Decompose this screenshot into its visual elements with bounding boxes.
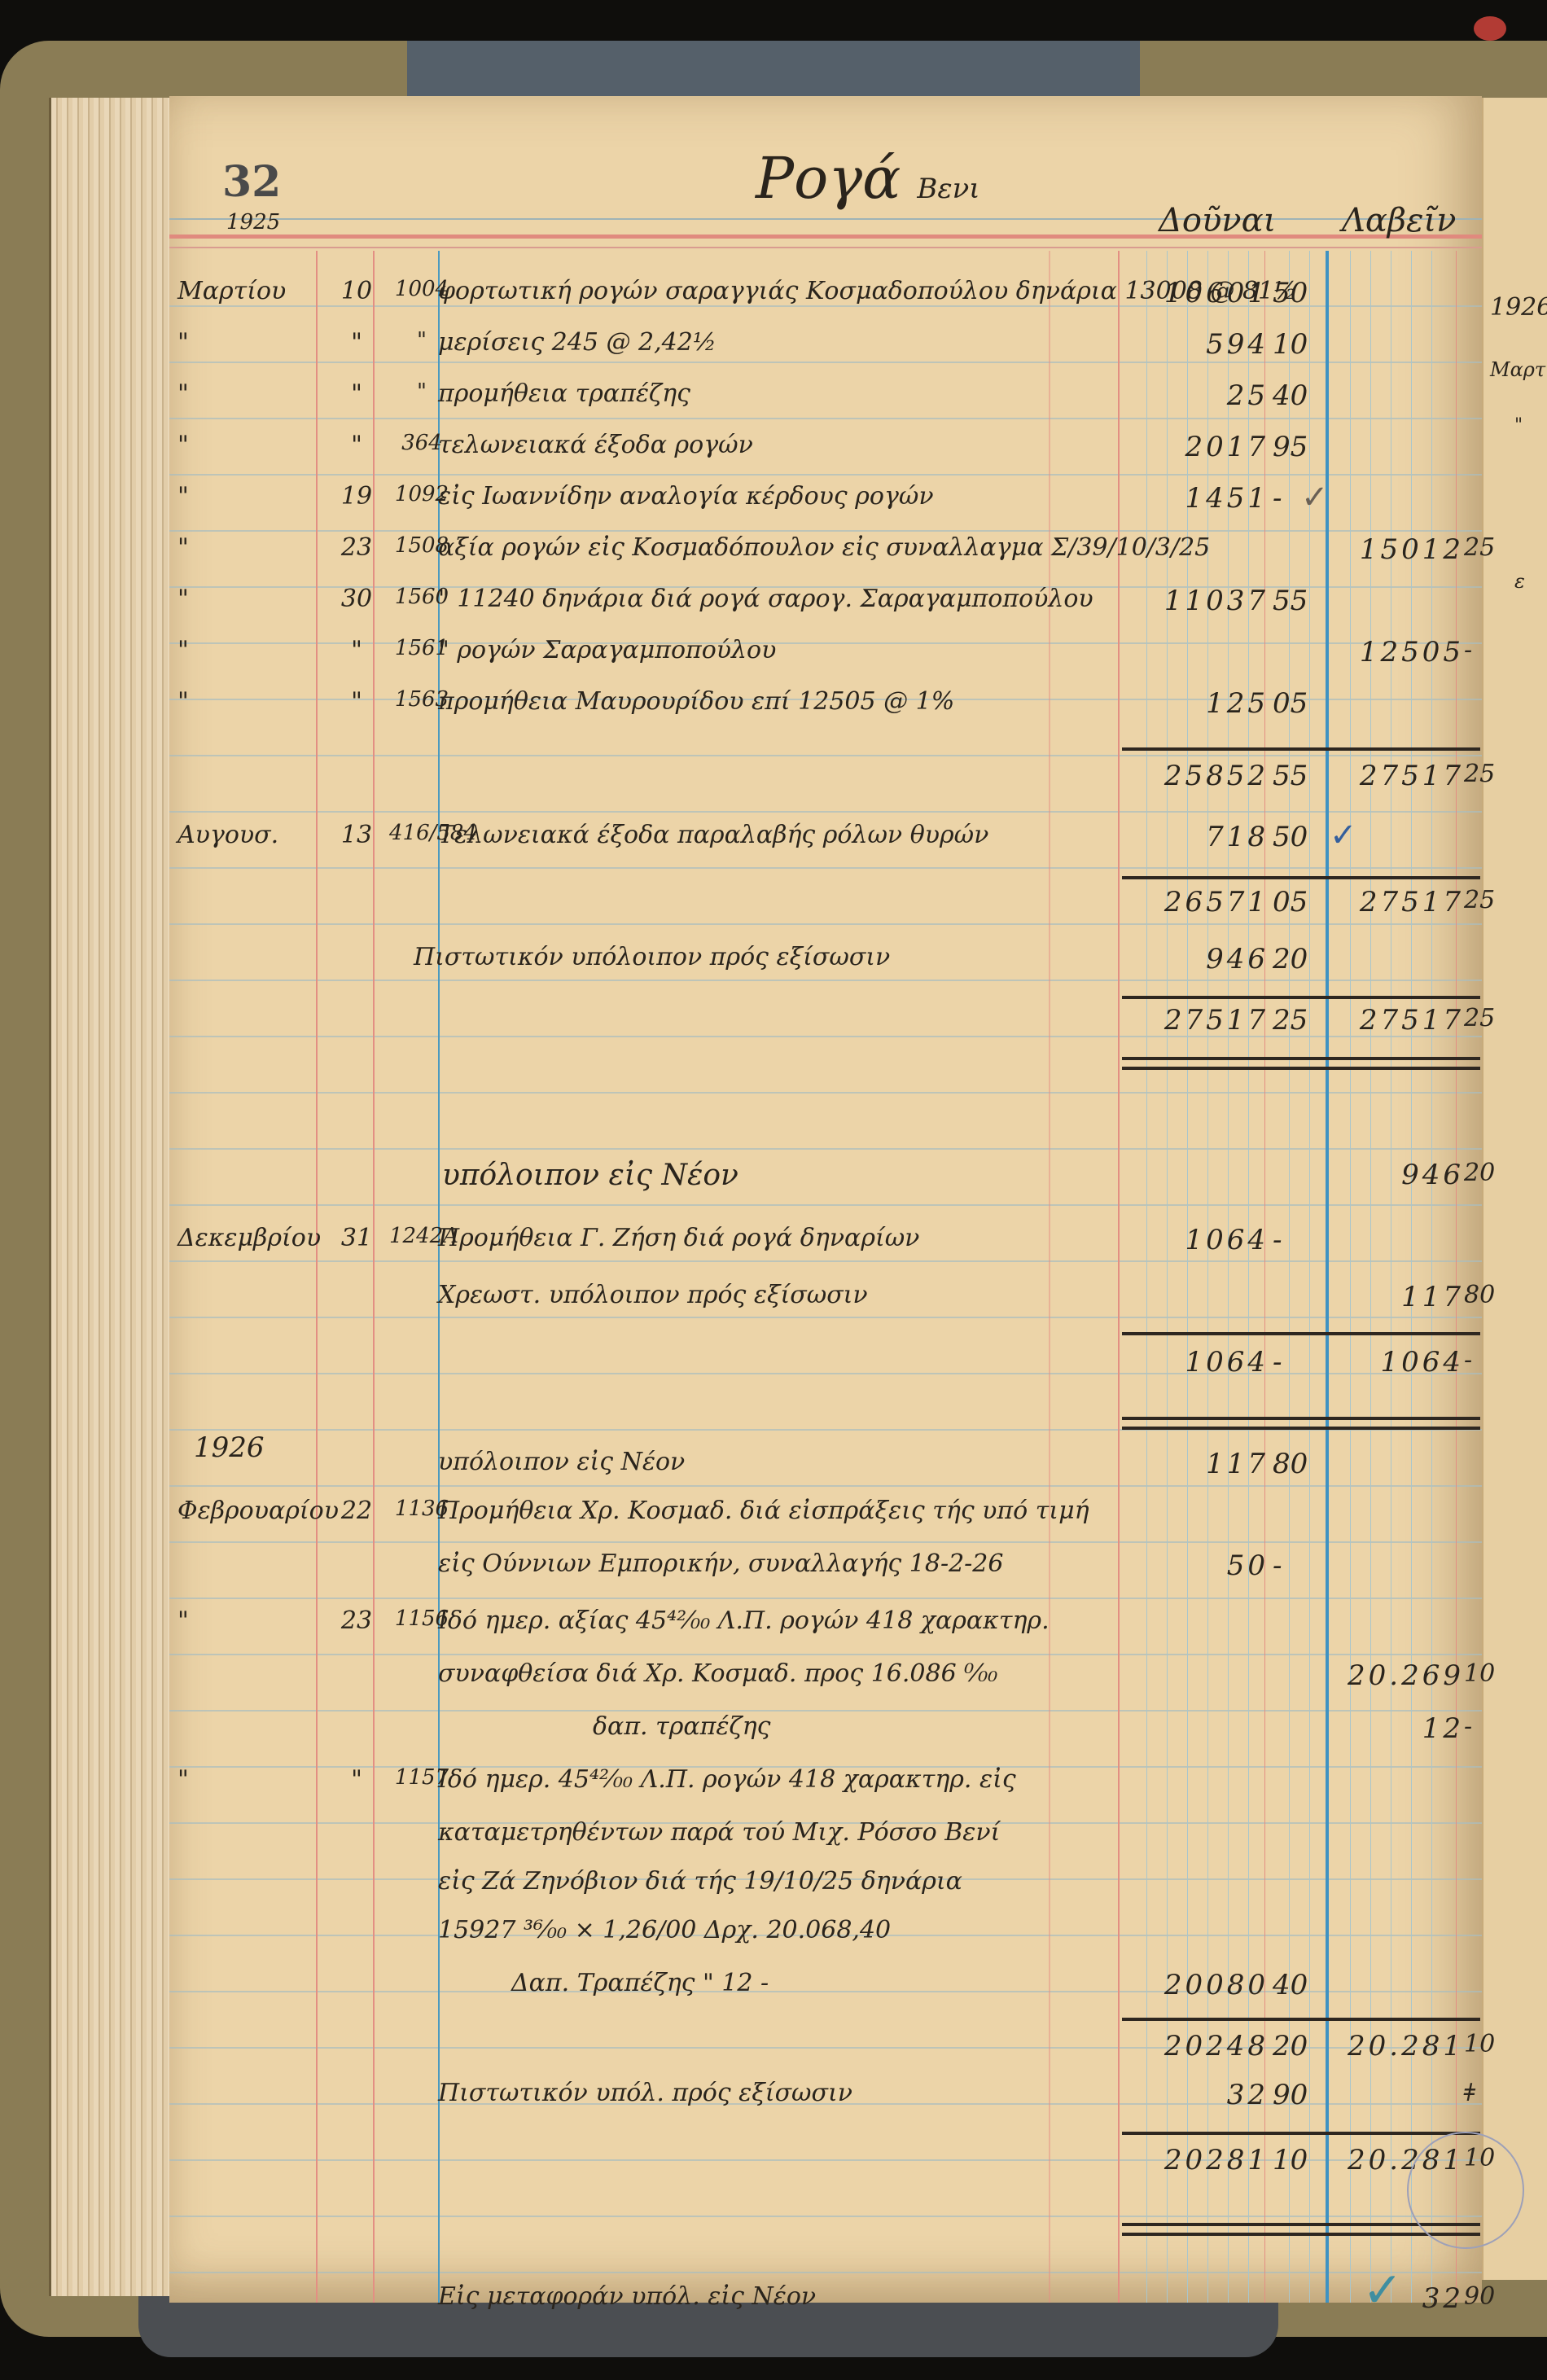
ledger-row: υπόλοιπον εἰς Νέον 117 80 xyxy=(169,1448,1482,1497)
entry-description: δαπ. τραπέζης xyxy=(593,1712,1423,1741)
entry-month: Μαρτίου xyxy=(177,277,308,305)
credit-subtotal: 20.281 xyxy=(1334,2030,1464,2062)
debit-cents: 40 xyxy=(1273,379,1330,412)
carry-description: Εἰς μεταφοράν υπόλ. εἰς Νέον xyxy=(438,2282,1269,2311)
credit-cents: 90 xyxy=(1464,2282,1505,2311)
ledger-row: Φεβρουαρίου 22 1136 Προμήθεια Χρ. Κοσμαδ… xyxy=(169,1497,1482,1545)
credit-cents: 10 xyxy=(1464,1659,1505,1688)
balance-description: υπόλοιπον εἰς Νέον xyxy=(442,1159,1273,1192)
sum-rule xyxy=(1122,2018,1480,2021)
year-label: 1925 xyxy=(226,210,280,234)
total-double-rule xyxy=(1122,1057,1480,1070)
facing-page-mark: ε xyxy=(1514,570,1525,593)
debit-amount: 2017 xyxy=(1130,431,1269,463)
sum-rule xyxy=(1122,1332,1480,1335)
debit-cents: 10 xyxy=(1273,2144,1330,2176)
facing-page-year: 1926 xyxy=(1490,293,1547,322)
debit-amount: 718 xyxy=(1130,821,1269,853)
entry-description: Ιδό ημερ. 45⁴²⁄₀₀ Λ.Π. ρογών 418 χαρακτη… xyxy=(438,1765,1269,1794)
entry-month: " xyxy=(177,379,308,408)
debit-amount: 11037 xyxy=(1130,585,1269,617)
credit-subtotal: 27517 xyxy=(1334,760,1464,792)
entry-day: 22 xyxy=(332,1497,381,1525)
entry-month: " xyxy=(177,328,308,357)
credit-mark: ǂ xyxy=(1464,2079,1505,2107)
new-balance-row: υπόλοιπον εἰς Νέον 946 20 xyxy=(169,1159,1482,1208)
ledger-row: " " " μερίσεις 245 @ 2,42½ 594 10 xyxy=(169,328,1482,377)
entry-month: " xyxy=(177,636,308,664)
subtotal-row: 25852 55 27517 25 xyxy=(169,760,1482,809)
credit-cents: 10 xyxy=(1464,2030,1505,2058)
debit-cents: 20 xyxy=(1273,943,1330,975)
debit-cents: 05 xyxy=(1273,687,1330,720)
debit-amount: 125 xyxy=(1130,687,1269,720)
page-edges xyxy=(49,98,173,2296)
ledger-row: Μαρτίου 10 1004 φορτωτική ρογών σαραγγιά… xyxy=(169,277,1482,326)
credit-amount: 15012 xyxy=(1334,533,1464,566)
debit-amount: 117 xyxy=(1130,1448,1269,1480)
page-title: ΡογάΒενι xyxy=(756,145,980,212)
entry-day: " xyxy=(332,687,381,716)
total-double-rule xyxy=(1122,1417,1480,1430)
credit-amount: 12505 xyxy=(1334,636,1464,668)
debit-column-header: Δοῦναι xyxy=(1159,202,1276,239)
debit-subtotal: 25852 xyxy=(1130,760,1269,792)
sum-rule xyxy=(1122,996,1480,999)
debit-amount: 20080 xyxy=(1130,1969,1269,2001)
debit-amount: 946 xyxy=(1130,943,1269,975)
debit-total: 20281 xyxy=(1130,2144,1269,2176)
ledger-row: εἰς Ζά Ζηνόβιον διά τής 19/10/25 δηνάρια xyxy=(169,1867,1482,1916)
total-row: 20281 10 20.281 10 xyxy=(169,2144,1482,2193)
credit-cents: 25 xyxy=(1464,760,1505,788)
debit-cents: 40 xyxy=(1273,1969,1330,2001)
entry-month: " xyxy=(177,687,308,716)
balance-row: Πιστωτικόν υπόλοιπον πρός εξίσωσιν 946 2… xyxy=(169,943,1482,992)
page-number: 32 xyxy=(222,157,281,207)
entry-description: 15927 ³⁶⁄₀₀ × 1,26/00 Δρχ. 20.068,40 xyxy=(438,1916,1269,1944)
entry-month: " xyxy=(177,431,308,459)
credit-total: 1064 xyxy=(1334,1346,1464,1378)
ledger-row: " " " προμήθεια τραπέζης 25 40 xyxy=(169,379,1482,428)
ledger-row: Αυγουσ. 13 416/584 Τελωνειακά έξοδα παρα… xyxy=(169,821,1482,870)
credit-amount: 117 xyxy=(1334,1281,1464,1313)
debit-amount: 32 xyxy=(1130,2079,1269,2111)
total-row: 1064 - 1064 - xyxy=(169,1346,1482,1395)
entry-description: καταμετρηθέντων παρά τού Μιχ. Ρόσσο Βενί xyxy=(438,1818,1269,1847)
sum-rule xyxy=(1122,2132,1480,2135)
credit-cents: - xyxy=(1464,1346,1505,1374)
debit-cents: 80 xyxy=(1273,1448,1330,1480)
credit-cents: 80 xyxy=(1464,1281,1505,1309)
entry-month: " xyxy=(177,1606,308,1635)
ribbon-tag xyxy=(1474,16,1506,41)
pencil-circle xyxy=(1407,2132,1524,2249)
entry-description: Προμήθεια Χρ. Κοσμαδ. διά εἰσπράξεις τής… xyxy=(438,1497,1269,1525)
ledger-row: συναφθείσα διά Χρ. Κοσμαδ. προς 16.086 ⁰… xyxy=(169,1659,1482,1708)
entry-day: 23 xyxy=(332,533,381,562)
credit-cents: 25 xyxy=(1464,533,1505,562)
credit-subtotal: 27517 xyxy=(1334,886,1464,918)
carry-forward-row: Εἰς μεταφοράν υπόλ. εἰς Νέον 32 90 xyxy=(169,2282,1482,2331)
subtotal-row: 20248 20 20.281 10 xyxy=(169,2030,1482,2079)
entry-month: " xyxy=(177,533,308,562)
check-mark-icon: ✓ xyxy=(1362,2262,1403,2319)
credit-amount: 20.269 xyxy=(1334,1659,1464,1692)
entry-day: " xyxy=(332,1765,381,1794)
balance-description: Πιστωτικόν υπόλοιπον πρός εξίσωσιν xyxy=(414,943,1244,971)
debit-cents: 95 xyxy=(1273,431,1330,463)
ledger-row: " " 1563 προμήθεια Μαυρουρίδου επί 12505… xyxy=(169,687,1482,736)
entry-day: 23 xyxy=(332,1606,381,1635)
facing-page-month: Μαρτ xyxy=(1490,358,1545,381)
debit-cents: 50 xyxy=(1273,277,1330,309)
ledger-row: Δεκεμβρίου 31 1242A Προμήθεια Γ. Ζήση δι… xyxy=(169,1224,1482,1273)
debit-cents: 55 xyxy=(1273,585,1330,617)
entry-description: εἰς Ζά Ζηνόβιον διά τής 19/10/25 δηνάρια xyxy=(438,1867,1269,1896)
entry-month: Δεκεμβρίου xyxy=(177,1224,308,1252)
entry-day: " xyxy=(332,379,381,408)
debit-cents: 20 xyxy=(1273,2030,1330,2062)
debit-cents: - xyxy=(1273,1346,1330,1378)
ledger-row: " " 364 τελωνειακά έξοδα ρογών 2017 95 xyxy=(169,431,1482,480)
title-suffix: Βενι xyxy=(917,173,979,205)
entry-description: συναφθείσα διά Χρ. Κοσμαδ. προς 16.086 ⁰… xyxy=(438,1659,1269,1688)
debit-cents: - xyxy=(1273,1549,1330,1582)
header-rule xyxy=(169,218,1482,220)
sum-rule xyxy=(1122,747,1480,751)
debit-amount: 50 xyxy=(1130,1549,1269,1582)
credit-cents: - xyxy=(1464,636,1505,664)
entry-month: " xyxy=(177,1765,308,1794)
ledger-row: Δαπ. Τραπέζης " 12 - 20080 40 xyxy=(169,1969,1482,2018)
entry-day: 30 xyxy=(332,585,381,613)
entry-month: Αυγουσ. xyxy=(177,821,308,849)
entry-day: 13 xyxy=(332,821,381,849)
entry-description: αξία ρογών εἰς Κοσμαδόπουλον εἰς συναλλα… xyxy=(438,533,1269,562)
total-row: 27517 25 27517 25 xyxy=(169,1004,1482,1053)
debit-amount: 1064 xyxy=(1130,1224,1269,1256)
credit-amount: 12 xyxy=(1334,1712,1464,1745)
ledger-page: 32 ΡογάΒενι 1925 Δοῦναι Λαβεῖν Μαρτίου 1… xyxy=(169,96,1482,2303)
entry-day: " xyxy=(332,431,381,459)
debit-amount: 25 xyxy=(1130,379,1269,412)
debit-amount: 1451 xyxy=(1130,482,1269,515)
header-double-rule xyxy=(169,234,1482,248)
title-main: Ρογά xyxy=(756,145,901,212)
debit-cents: 90 xyxy=(1273,2079,1330,2111)
entry-day: " xyxy=(332,328,381,357)
ledger-row: 15927 ³⁶⁄₀₀ × 1,26/00 Δρχ. 20.068,40 xyxy=(169,1916,1482,1965)
entry-description: Ιδό ημερ. αξίας 45⁴²⁄₀₀ Λ.Π. ρογών 418 χ… xyxy=(438,1606,1269,1635)
debit-cents: 50 xyxy=(1273,821,1330,853)
debit-cents: - xyxy=(1273,1224,1330,1256)
ledger-row: " 30 1560 " 11240 δηνάρια διά ρογά σαρογ… xyxy=(169,585,1482,633)
sum-rule xyxy=(1122,876,1480,879)
check-mark-icon: ✓ xyxy=(1330,817,1357,854)
debit-cents: 55 xyxy=(1273,760,1330,792)
ledger-row: καταμετρηθέντων παρά τού Μιχ. Ρόσσο Βενί xyxy=(169,1818,1482,1867)
credit-amount: 946 xyxy=(1334,1159,1464,1191)
ledger-row: " " 1561 " ρογών Σαραγαμποπούλου 12505 - xyxy=(169,636,1482,685)
ledger-row: Χρεωστ. υπόλοιπον πρός εξίσωσιν 117 80 xyxy=(169,1281,1482,1330)
debit-subtotal: 20248 xyxy=(1130,2030,1269,2062)
credit-cents: 25 xyxy=(1464,1004,1505,1032)
entry-month: Φεβρουαρίου xyxy=(177,1497,308,1525)
credit-total: 27517 xyxy=(1334,1004,1464,1037)
balance-row: Πιστωτικόν υπόλ. πρός εξίσωσιν 32 90 ǂ xyxy=(169,2079,1482,2128)
check-mark-icon: ✓ xyxy=(1301,479,1329,516)
entry-day: 10 xyxy=(332,277,381,305)
entry-description: Χρεωστ. υπόλοιπον πρός εξίσωσιν xyxy=(438,1281,1269,1309)
debit-subtotal: 26571 xyxy=(1130,886,1269,918)
ledger-row: δαπ. τραπέζης 12 - xyxy=(169,1712,1482,1761)
ledger-row: " 19 1092 εἰς Ιωαννίδην αναλογία κέρδους… xyxy=(169,482,1482,531)
ledger-row: " 23 1508 αξία ρογών εἰς Κοσμαδόπουλον ε… xyxy=(169,533,1482,582)
credit-cents: 20 xyxy=(1464,1159,1505,1187)
ledger-row: εἰς Ούννιων Εμπορικήν, συναλλαγής 18-2-2… xyxy=(169,1549,1482,1598)
entry-month: " xyxy=(177,482,308,511)
facing-page-ditto: " xyxy=(1514,415,1523,436)
ledger-row: " " 1157 Ιδό ημερ. 45⁴²⁄₀₀ Λ.Π. ρογών 41… xyxy=(169,1765,1482,1814)
debit-amount: 10601 xyxy=(1130,277,1269,309)
entry-description: " ρογών Σαραγαμποπούλου xyxy=(438,636,1269,664)
debit-cents: 10 xyxy=(1273,328,1330,361)
debit-amount: 594 xyxy=(1130,328,1269,361)
debit-total: 27517 xyxy=(1130,1004,1269,1037)
debit-cents: 25 xyxy=(1273,1004,1330,1037)
credit-cents: 25 xyxy=(1464,886,1505,914)
subtotal-row: 26571 05 27517 25 xyxy=(169,886,1482,935)
entry-day: 19 xyxy=(332,482,381,511)
ledger-row: " 23 1156 Ιδό ημερ. αξίας 45⁴²⁄₀₀ Λ.Π. ρ… xyxy=(169,1606,1482,1655)
entry-day: 31 xyxy=(332,1224,381,1252)
debit-total: 1064 xyxy=(1130,1346,1269,1378)
entry-month: " xyxy=(177,585,308,613)
credit-cents: - xyxy=(1464,1712,1505,1741)
debit-cents: 05 xyxy=(1273,886,1330,918)
credit-column-header: Λαβεῖν xyxy=(1342,202,1457,239)
entry-day: " xyxy=(332,636,381,664)
